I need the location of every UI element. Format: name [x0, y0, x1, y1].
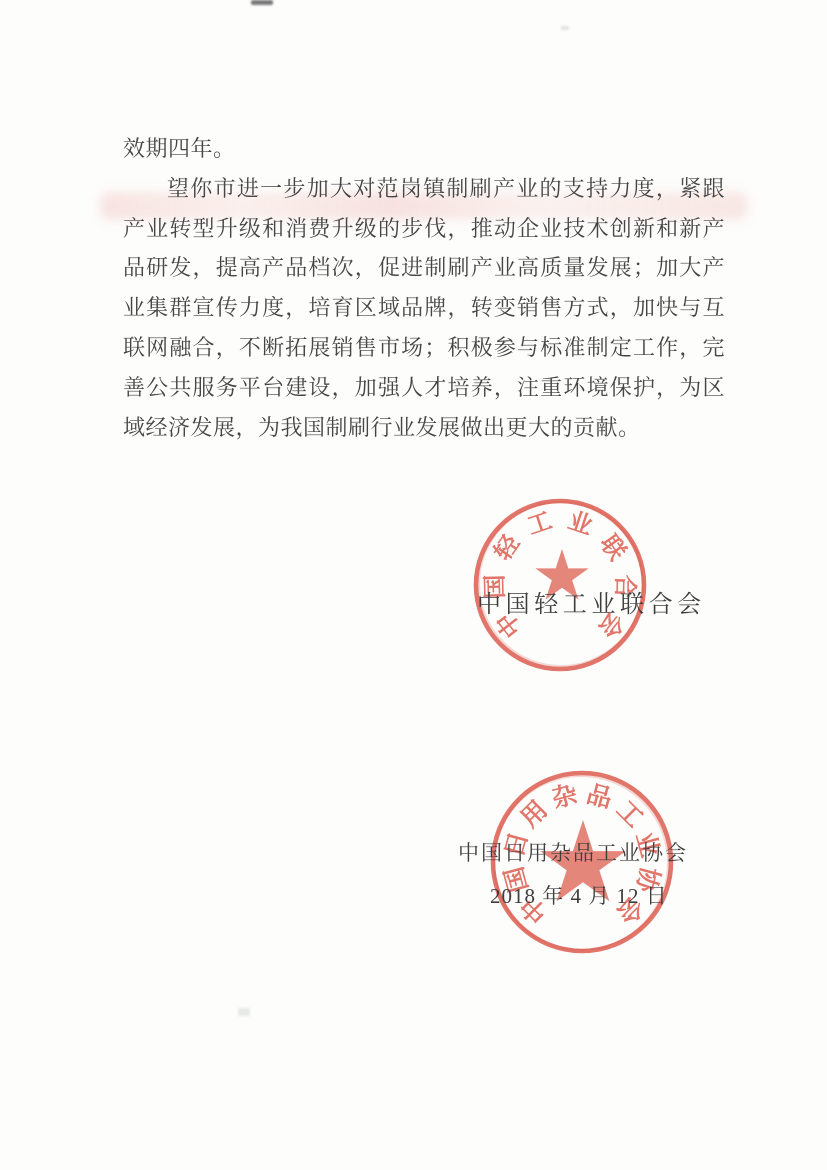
body-line: 品研发，提高产品档次，促进制刷产业高质量发展；加大产 — [123, 248, 725, 288]
signature-sundries: 中国日用杂品工业协会 — [458, 840, 688, 866]
scan-artifact-speck — [238, 1008, 250, 1016]
body-line: 效期四年。 — [123, 129, 725, 169]
scan-artifact-smudge — [251, 0, 273, 5]
svg-text:业: 业 — [565, 507, 596, 540]
svg-text:工: 工 — [524, 508, 555, 540]
body-line: 善公共服务平台建设，加强人才培养，注重环境保护，为区 — [123, 368, 725, 408]
body-line: 域经济发展，为我国制刷行业发展做出更大的贡献。 — [123, 408, 725, 448]
cnlic-red-seal-icon: 中国轻工业联合会 — [472, 497, 648, 673]
body-line: 联网融合，不断拓展销售市场；积极参与标准制定工作，完 — [123, 328, 725, 368]
body-line: 产业转型升级和消费升级的步伐，推动企业技术创新和新产 — [123, 209, 725, 249]
svg-text:品: 品 — [584, 780, 615, 814]
signature-cnlic: 中国轻工业联合会 — [477, 591, 706, 619]
svg-text:杂: 杂 — [549, 780, 580, 814]
document-page: 效期四年。 望你市进一步加大对范岗镇制刷产业的支持力度，紧跟 产业转型升级和消费… — [0, 0, 827, 1170]
letter-body: 效期四年。 望你市进一步加大对范岗镇制刷产业的支持力度，紧跟 产业转型升级和消费… — [123, 129, 725, 447]
body-line: 业集群宣传力度，培育区域品牌，转变销售方式，加快与互 — [123, 288, 725, 328]
scan-artifact-speck — [561, 26, 569, 30]
body-line: 望你市进一步加大对范岗镇制刷产业的支持力度，紧跟 — [123, 169, 725, 209]
date-line: 2018 年 4 月 12 日 — [490, 883, 668, 909]
